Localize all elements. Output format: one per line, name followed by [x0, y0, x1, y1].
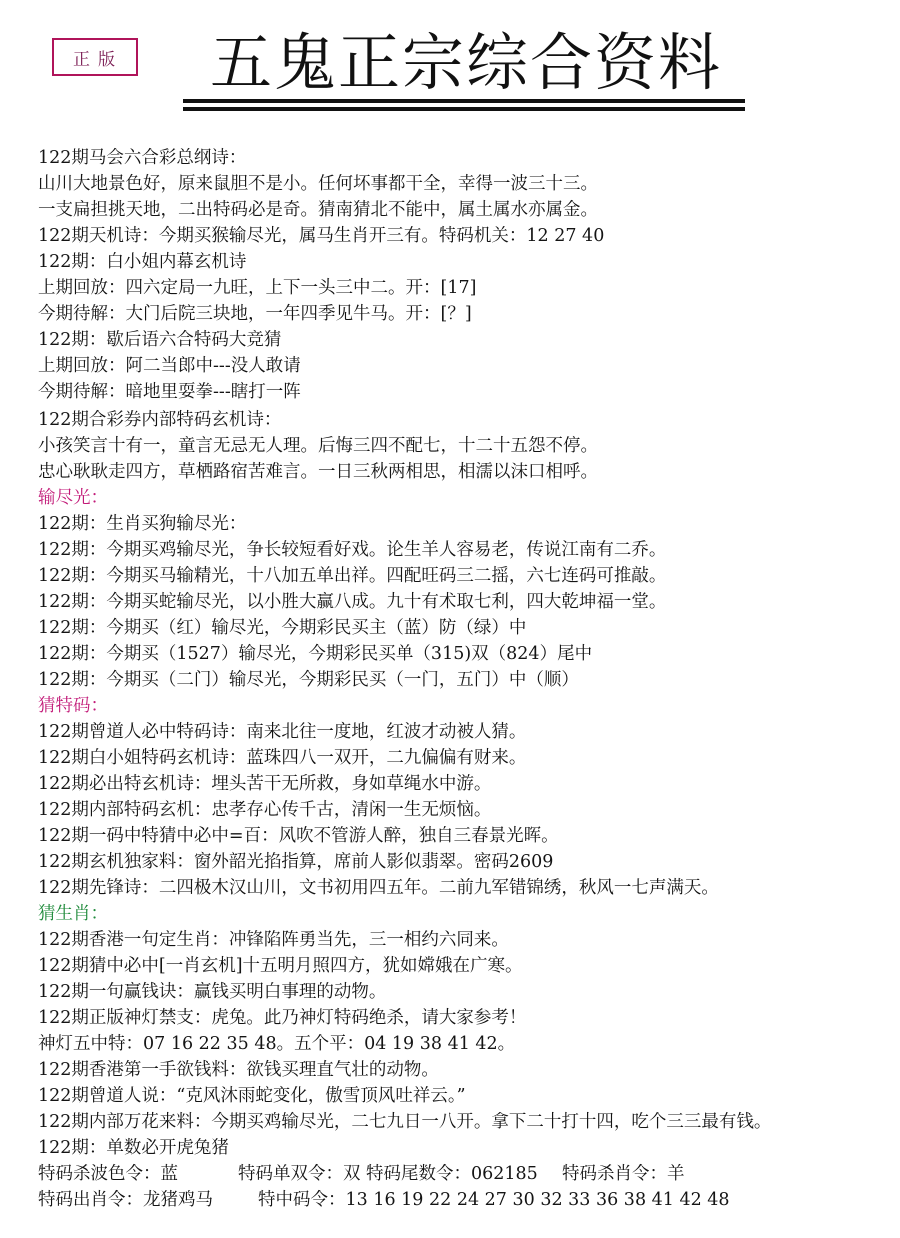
text-line: 122期一码中特猜中必中=百：风吹不管游人醉，独自三春景光晖。: [38, 823, 898, 849]
text-line: 122期一句赢钱诀：赢钱买明白事理的动物。: [38, 979, 898, 1005]
text-line: 122期玄机独家料：窗外韶光掐指算，席前人影似翡翠。密码2609: [38, 849, 898, 875]
text-line: 122期香港第一手欲钱料：欲钱买理直气壮的动物。: [38, 1057, 898, 1083]
orders-row-1: 特码杀波色令：蓝特码单双令：双特码尾数令：062185特码杀肖令：羊: [38, 1161, 898, 1187]
text-line: 山川大地景色好，原来鼠胆不是小。任何坏事都干全，幸得一波三十三。: [38, 171, 898, 197]
content-body: 122期马会六合彩总纲诗： 山川大地景色好，原来鼠胆不是小。任何坏事都干全，幸得…: [38, 145, 898, 1213]
page-title: 五鬼正宗综合资料: [186, 26, 746, 100]
kill-color-order: 特码杀波色令：蓝: [38, 1161, 238, 1187]
text-line: 一支扁担挑天地，二出特码必是奇。猜南猜北不能中，属土属水亦属金。: [38, 197, 898, 223]
text-line: 122期：白小姐内幕玄机诗: [38, 249, 898, 275]
text-line: 神灯五中特：07 16 22 35 48。五个平：04 19 38 41 42。: [38, 1031, 898, 1057]
text-line: 上期回放：阿二当郎中---没人敢请: [38, 353, 898, 379]
text-line: 122期马会六合彩总纲诗：: [38, 145, 898, 171]
section-heading-guess-zodiac: 猜生肖：: [38, 901, 898, 927]
text-line: 122期天机诗：今期买猴输尽光，属马生肖开三有。特码机关：12 27 40: [38, 223, 898, 249]
tail-number-order: 特码尾数令：062185: [366, 1161, 562, 1187]
text-line: 122期猜中必中[一肖玄机]十五明月照四方，犹如嫦娥在广寒。: [38, 953, 898, 979]
section-heading-lose: 输尽光：: [38, 485, 898, 511]
text-line: 122期：今期买马输精光，十八加五单出祥。四配旺码三二摇，六七连码可推敲。: [38, 563, 898, 589]
text-line: 122期：今期买（1527）输尽光，今期彩民买单（315)双（824）尾中: [38, 641, 898, 667]
title-underline-top: [183, 99, 745, 103]
text-line: 122期必出特玄机诗：埋头苦干无所救，身如草绳水中游。: [38, 771, 898, 797]
text-line: 122期先锋诗：二四极木汉山川，文书初用四五年。二前九军错锦绣，秋风一七声满天。: [38, 875, 898, 901]
text-line: 122期曾道人必中特码诗：南来北往一度地，红波才动被人猜。: [38, 719, 898, 745]
orders-row-2: 特码出肖令：龙猪鸡马特中码令：13 16 19 22 24 27 30 32 3…: [38, 1187, 898, 1213]
text-line: 今期待解：大门后院三块地，一年四季见牛马。开：[？]: [38, 301, 898, 327]
text-line: 122期：单数必开虎兔猪: [38, 1135, 898, 1161]
text-line: 今期待解：暗地里耍拳---瞎打一阵: [38, 379, 898, 405]
text-line: 122期正版神灯禁支：虎兔。此乃神灯特码绝杀，请大家参考！: [38, 1005, 898, 1031]
text-line: 122期：今期买（红）输尽光，今期彩民买主（蓝）防（绿）中: [38, 615, 898, 641]
authentic-badge: 正版: [52, 38, 138, 76]
text-line: 122期香港一句定生肖：冲锋陷阵勇当先，三一相约六同来。: [38, 927, 898, 953]
text-line: 小孩笑言十有一，童言无忌无人理。后悔三四不配七，十二十五怨不停。: [38, 433, 898, 459]
text-line: 122期合彩券内部特码玄机诗：: [38, 407, 898, 433]
out-zodiac-order: 特码出肖令：龙猪鸡马: [38, 1187, 258, 1213]
title-underline-bottom: [183, 107, 745, 111]
text-line: 122期：今期买（二门）输尽光，今期彩民买（一门，五门）中（顺）: [38, 667, 898, 693]
text-line: 122期内部万花来料：今期买鸡输尽光，二七九日一八开。拿下二十打十四，吃个三三最…: [38, 1109, 898, 1135]
text-line: 上期回放：四六定局一九旺，上下一头三中二。开：[17]: [38, 275, 898, 301]
text-line: 122期：生肖买狗输尽光：: [38, 511, 898, 537]
text-line: 忠心耿耿走四方，草栖路宿苦难言。一日三秋两相思，相濡以沫口相呼。: [38, 459, 898, 485]
text-line: 122期曾道人说：“克风沐雨蛇变化，傲雪顶风吐祥云。”: [38, 1083, 898, 1109]
text-line: 122期白小姐特码玄机诗：蓝珠四八一双开，二九偏偏有财来。: [38, 745, 898, 771]
text-line: 122期：今期买蛇输尽光，以小胜大赢八成。九十有术取七利，四大乾坤福一堂。: [38, 589, 898, 615]
odd-even-order: 特码单双令：双: [238, 1161, 366, 1187]
text-line: 122期：今期买鸡输尽光，争长较短看好戏。论生羊人容易老，传说江南有二乔。: [38, 537, 898, 563]
text-line: 122期内部特码玄机：忠孝存心传千古，清闲一生无烦恼。: [38, 797, 898, 823]
text-line: 122期：歇后语六合特码大竞猜: [38, 327, 898, 353]
hit-codes-order: 特中码令：13 16 19 22 24 27 30 32 33 36 38 41…: [258, 1187, 730, 1213]
section-heading-guess-code: 猜特码：: [38, 693, 898, 719]
kill-zodiac-order: 特码杀肖令：羊: [562, 1161, 685, 1187]
